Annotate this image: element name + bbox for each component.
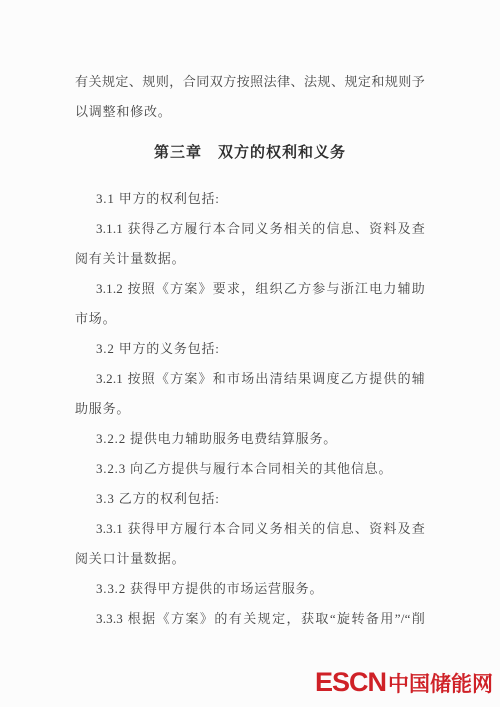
text-line: 3.3 乙方的权利包括: <box>75 484 425 514</box>
text-line: 3.2.2 提供电力辅助服务电费结算服务。 <box>75 424 425 454</box>
escn-logo-latin: ESCN <box>315 667 386 697</box>
text-line: 市场。 <box>75 304 425 334</box>
text-line: 3.2 甲方的义务包括: <box>75 334 425 364</box>
text-line: 3.1 甲方的权利包括: <box>75 184 425 214</box>
text-line: 阅关口计量数据。 <box>75 544 425 574</box>
contract-text: 有关规定、规则，合同双方按照法律、法规、规定和规则予 以调整和修改。 第三章 双… <box>75 67 425 634</box>
text-line: 3.2.1 按照《方案》和市场出清结果调度乙方提供的辅 <box>75 364 425 394</box>
text-line: 3.1.2 按照《方案》要求，组织乙方参与浙江电力辅助 <box>75 274 425 304</box>
escn-logo: ESCN中国储能网 <box>315 667 493 698</box>
text-line: 3.3.1 获得甲方履行本合同义务相关的信息、资料及查 <box>75 514 425 544</box>
escn-logo-chinese: 中国储能网 <box>388 673 493 696</box>
text-line: 以调整和修改。 <box>75 97 425 127</box>
text-line: 有关规定、规则，合同双方按照法律、法规、规定和规则予 <box>75 67 425 97</box>
chapter-heading: 第三章 双方的权利和义务 <box>75 138 425 168</box>
document-page: 有关规定、规则，合同双方按照法律、法规、规定和规则予 以调整和修改。 第三章 双… <box>0 0 500 707</box>
text-line: 3.3.3 根据《方案》的有关规定，获取“旋转备用”/“削 <box>75 604 425 634</box>
text-line: 阅有关计量数据。 <box>75 244 425 274</box>
text-line: 3.3.2 获得甲方提供的市场运营服务。 <box>75 574 425 604</box>
text-line: 助服务。 <box>75 394 425 424</box>
text-line: 3.1.1 获得乙方履行本合同义务相关的信息、资料及查 <box>75 214 425 244</box>
text-line: 3.2.3 向乙方提供与履行本合同相关的其他信息。 <box>75 454 425 484</box>
